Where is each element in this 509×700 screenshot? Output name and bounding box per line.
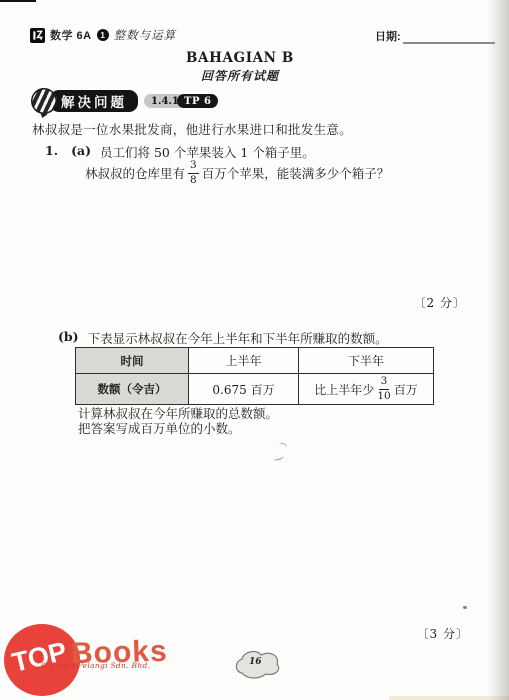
worksheet-page: 数学 6A 1 整数与运算 日期: BAHAGIAN B 回答所有试题 解决问题…	[0, 0, 509, 700]
pencil-smudge-mark	[277, 442, 288, 453]
fraction-three-tenths: 3 10	[377, 376, 390, 401]
table-value-row: 数额（令吉） 0.675 百万 比上半年少 3 10 百万	[76, 374, 434, 405]
date-label: 日期:	[375, 28, 401, 44]
fraction-denominator: 8	[190, 174, 197, 186]
question-1b-line: (b) 下表显示林叔叔在今年上半年和下半年所赚取的数额。	[58, 329, 388, 347]
question-number: 1.	[45, 143, 58, 161]
part-b-instruction-2: 把答案写成百万单位的小数。	[78, 419, 241, 437]
balloon-icon	[31, 88, 57, 114]
fraction-three-eighths: 3 8	[188, 160, 199, 185]
table-row-label: 数额（令吉）	[76, 374, 189, 405]
table-second-half-value: 比上半年少 3 10 百万	[299, 374, 434, 405]
part-b-intro: 下表显示林叔叔在今年上半年和下半年所赚取的数额。	[88, 329, 388, 347]
part-a-marks: 〔2 分〕	[414, 294, 466, 311]
table-header-first-half: 上半年	[189, 348, 299, 374]
page-header: 数学 6A 1 整数与运算	[30, 27, 176, 43]
earnings-table: 时间 上半年 下半年 数额（令吉） 0.675 百万 比上半年少 3 10 百万	[75, 347, 434, 405]
topic-badge: 解决问题	[50, 90, 138, 112]
section-subtitle: 回答所有试题	[0, 67, 480, 84]
scan-artifact-right-shadow	[487, 0, 509, 700]
scan-artifact-top-edge	[0, 0, 36, 2]
part-b-marks: 〔3 分〕	[417, 625, 469, 642]
page-number: 16	[249, 657, 262, 667]
series-title: 数学 6A	[50, 27, 92, 43]
part-a-line2-prefix: 林叔叔的仓库里有	[85, 164, 185, 182]
topic-badge-label: 解决问题	[61, 91, 127, 111]
section-title: BAHAGIAN B	[0, 50, 480, 66]
table-header-time: 时间	[76, 348, 189, 374]
part-a-line2-suffix: 百万个苹果，能装满多少个箱子？	[202, 164, 390, 182]
unit-title: 整数与运算	[114, 27, 177, 43]
date-blank-line	[403, 31, 495, 44]
unit-number-badge: 1	[97, 29, 109, 41]
fraction-denominator: 10	[377, 390, 390, 402]
date-field: 日期:	[375, 28, 495, 44]
second-half-suffix: 百万	[394, 381, 418, 398]
series-logo-icon	[30, 28, 45, 43]
part-b-label: (b)	[58, 329, 79, 347]
table-first-half-value: 0.675 百万	[189, 374, 299, 405]
table-header-second-half: 下半年	[299, 348, 434, 374]
table-header-row: 时间 上半年 下半年	[76, 348, 434, 374]
second-half-prefix: 比上半年少	[314, 381, 374, 398]
fraction-numerator: 3	[188, 160, 199, 173]
copyright-text: © Tunas Pelangi Sdn. Bhd.	[40, 661, 150, 670]
question-intro-text: 林叔叔是一位水果批发商，他进行水果进口和批发生意。	[32, 120, 352, 138]
tp-level-badge: TP 6	[177, 94, 218, 108]
scan-speck	[463, 606, 467, 609]
fraction-numerator: 3	[379, 376, 390, 389]
question-1a-line2: 林叔叔的仓库里有 3 8 百万个苹果，能装满多少个箱子？	[85, 158, 389, 188]
pencil-smudge-mark	[272, 453, 284, 461]
